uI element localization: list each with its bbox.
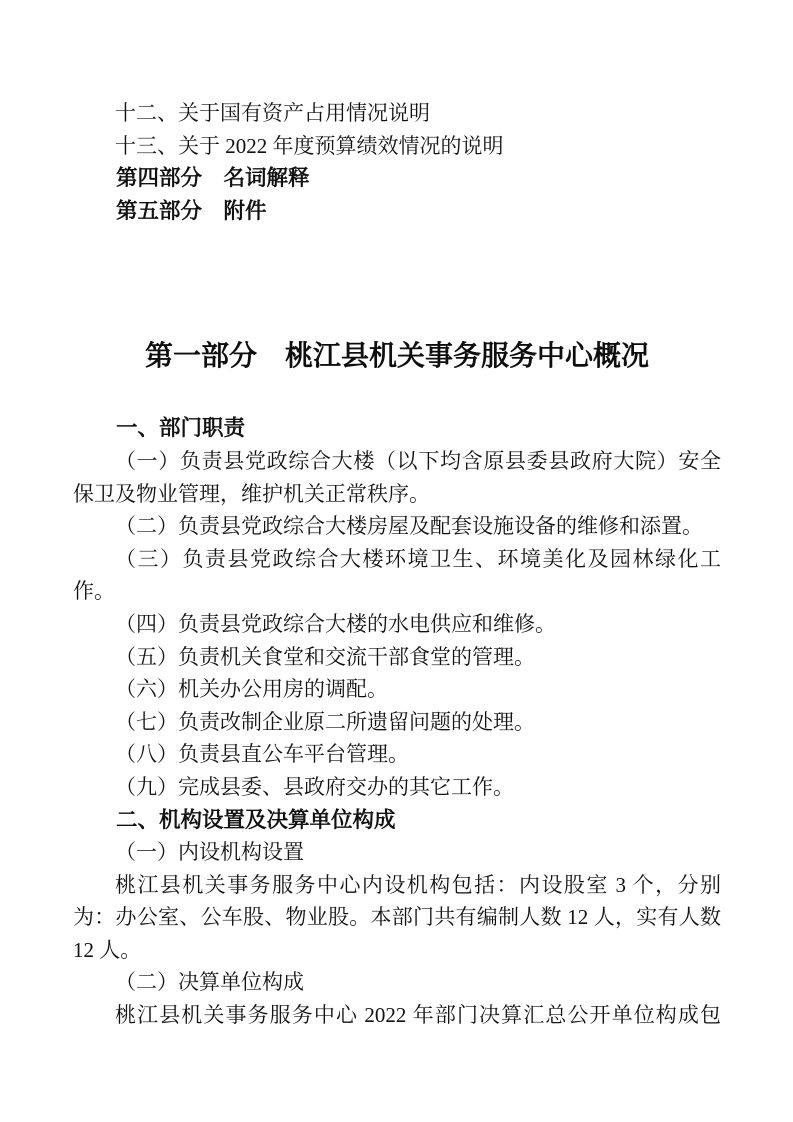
body-paragraph: （九）完成县委、县政府交办的其它工作。 <box>73 771 721 804</box>
part-title: 第一部分 桃江县机关事务服务中心概况 <box>73 332 721 380</box>
section-heading: 一、部门职责 <box>73 412 721 445</box>
body-paragraph: 桃江县机关事务服务中心内设机构包括：内设股室 3 个，分别为：办公室、公车股、物… <box>73 869 721 967</box>
body-paragraph: （七）负责改制企业原二所遗留问题的处理。 <box>73 706 721 739</box>
table-of-contents: 十二、关于国有资产占用情况说明十三、关于 2022 年度预算绩效情况的说明第四部… <box>73 97 721 227</box>
body-paragraph: （一）内设机构设置 <box>73 836 721 869</box>
body-paragraph: （二）负责县党政综合大楼房屋及配套设施设备的维修和添置。 <box>73 510 721 543</box>
body-paragraph: （八）负责县直公车平台管理。 <box>73 738 721 771</box>
body-paragraph: （三）负责县党政综合大楼环境卫生、环境美化及园林绿化工作。 <box>73 543 721 608</box>
body-paragraph: 桃江县机关事务服务中心 2022 年部门决算汇总公开单位构成包 <box>73 999 721 1032</box>
document-page: 十二、关于国有资产占用情况说明十三、关于 2022 年度预算绩效情况的说明第四部… <box>0 0 793 1122</box>
body-paragraph: （二）决算单位构成 <box>73 966 721 999</box>
toc-item: 十三、关于 2022 年度预算绩效情况的说明 <box>73 130 721 163</box>
toc-item: 十二、关于国有资产占用情况说明 <box>73 97 721 130</box>
document-body: 一、部门职责（一）负责县党政综合大楼（以下均含原县委县政府大院）安全保卫及物业管… <box>73 412 721 1031</box>
body-paragraph: （四）负责县党政综合大楼的水电供应和维修。 <box>73 608 721 641</box>
toc-part-heading: 第五部分 附件 <box>73 195 721 228</box>
toc-part-heading: 第四部分 名词解释 <box>73 162 721 195</box>
body-paragraph: （六）机关办公用房的调配。 <box>73 673 721 706</box>
body-paragraph: （五）负责机关食堂和交流干部食堂的管理。 <box>73 641 721 674</box>
body-paragraph: （一）负责县党政综合大楼（以下均含原县委县政府大院）安全保卫及物业管理，维护机关… <box>73 445 721 510</box>
section-heading: 二、机构设置及决算单位构成 <box>73 804 721 837</box>
